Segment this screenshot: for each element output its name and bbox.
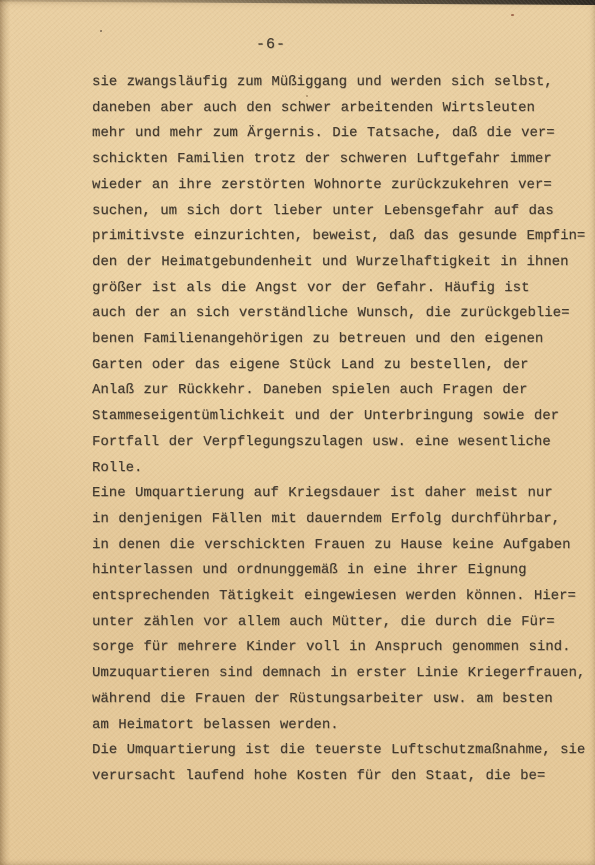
text-line: hinterlassen und ordnunggemäß in eine ih… [92,558,595,584]
page-number: -6- [256,36,286,53]
text-line: verursacht laufend hohe Kosten für den S… [92,764,595,790]
text-line: daneben aber auch den schwer arbeitenden… [92,96,595,122]
text-line: schickten Familien trotz der schweren Lu… [92,147,595,173]
text-line: Fortfall der Verpflegungszulagen usw. ei… [92,430,595,456]
text-line: mehr und mehr zum Ärgernis. Die Tatsache… [92,121,595,147]
text-line: suchen, um sich dort lieber unter Lebens… [92,199,595,225]
text-line: Garten oder das eigene Stück Land zu bes… [92,353,595,379]
paper-speck [511,14,514,16]
text-line: benen Familienangehörigen zu betreuen un… [92,327,595,353]
text-line: sorge für mehrere Kinder voll in Anspruc… [92,635,595,661]
text-line: größer ist als die Angst vor der Gefahr.… [92,276,595,302]
text-line: sie zwangsläufig zum Müßiggang und werde… [92,70,595,96]
text-line: Rolle. [92,456,595,482]
scan-top-edge-shadow [0,0,595,5]
text-line: wieder an ihre zerstörten Wohnorte zurüc… [92,173,595,199]
text-line: Stammeseigentümlichkeit und der Unterbri… [92,404,595,430]
text-line: in denen die verschickten Frauen zu Haus… [92,533,595,559]
text-line: in denjenigen Fällen mit dauerndem Erfol… [92,507,595,533]
text-line: während die Frauen der Rüstungsarbeiter … [92,687,595,713]
paper-speck [100,30,102,32]
text-line: Anlaß zur Rückkehr. Daneben spielen auch… [92,378,595,404]
text-line: unter zählen vor allem auch Mütter, die … [92,610,595,636]
text-line: entsprechenden Tätigkeit eingewiesen wer… [92,584,595,610]
text-block: sie zwangsläufig zum Müßiggang und werde… [92,70,595,790]
text-line: Umzuquartieren sind demnach in erster Li… [92,661,595,687]
text-line: Eine Umquartierung auf Kriegsdauer ist d… [92,481,595,507]
text-line: primitivste einzurichten, beweist, daß d… [92,224,595,250]
text-line: Die Umquartierung ist die teuerste Lufts… [92,738,595,764]
text-line: auch der an sich verständliche Wunsch, d… [92,301,595,327]
text-line: den der Heimatgebundenheit und Wurzelhaf… [92,250,595,276]
text-line: am Heimatort belassen werden. [92,713,595,739]
document-page: -6- sie zwangsläufig zum Müßiggang und w… [0,0,595,865]
